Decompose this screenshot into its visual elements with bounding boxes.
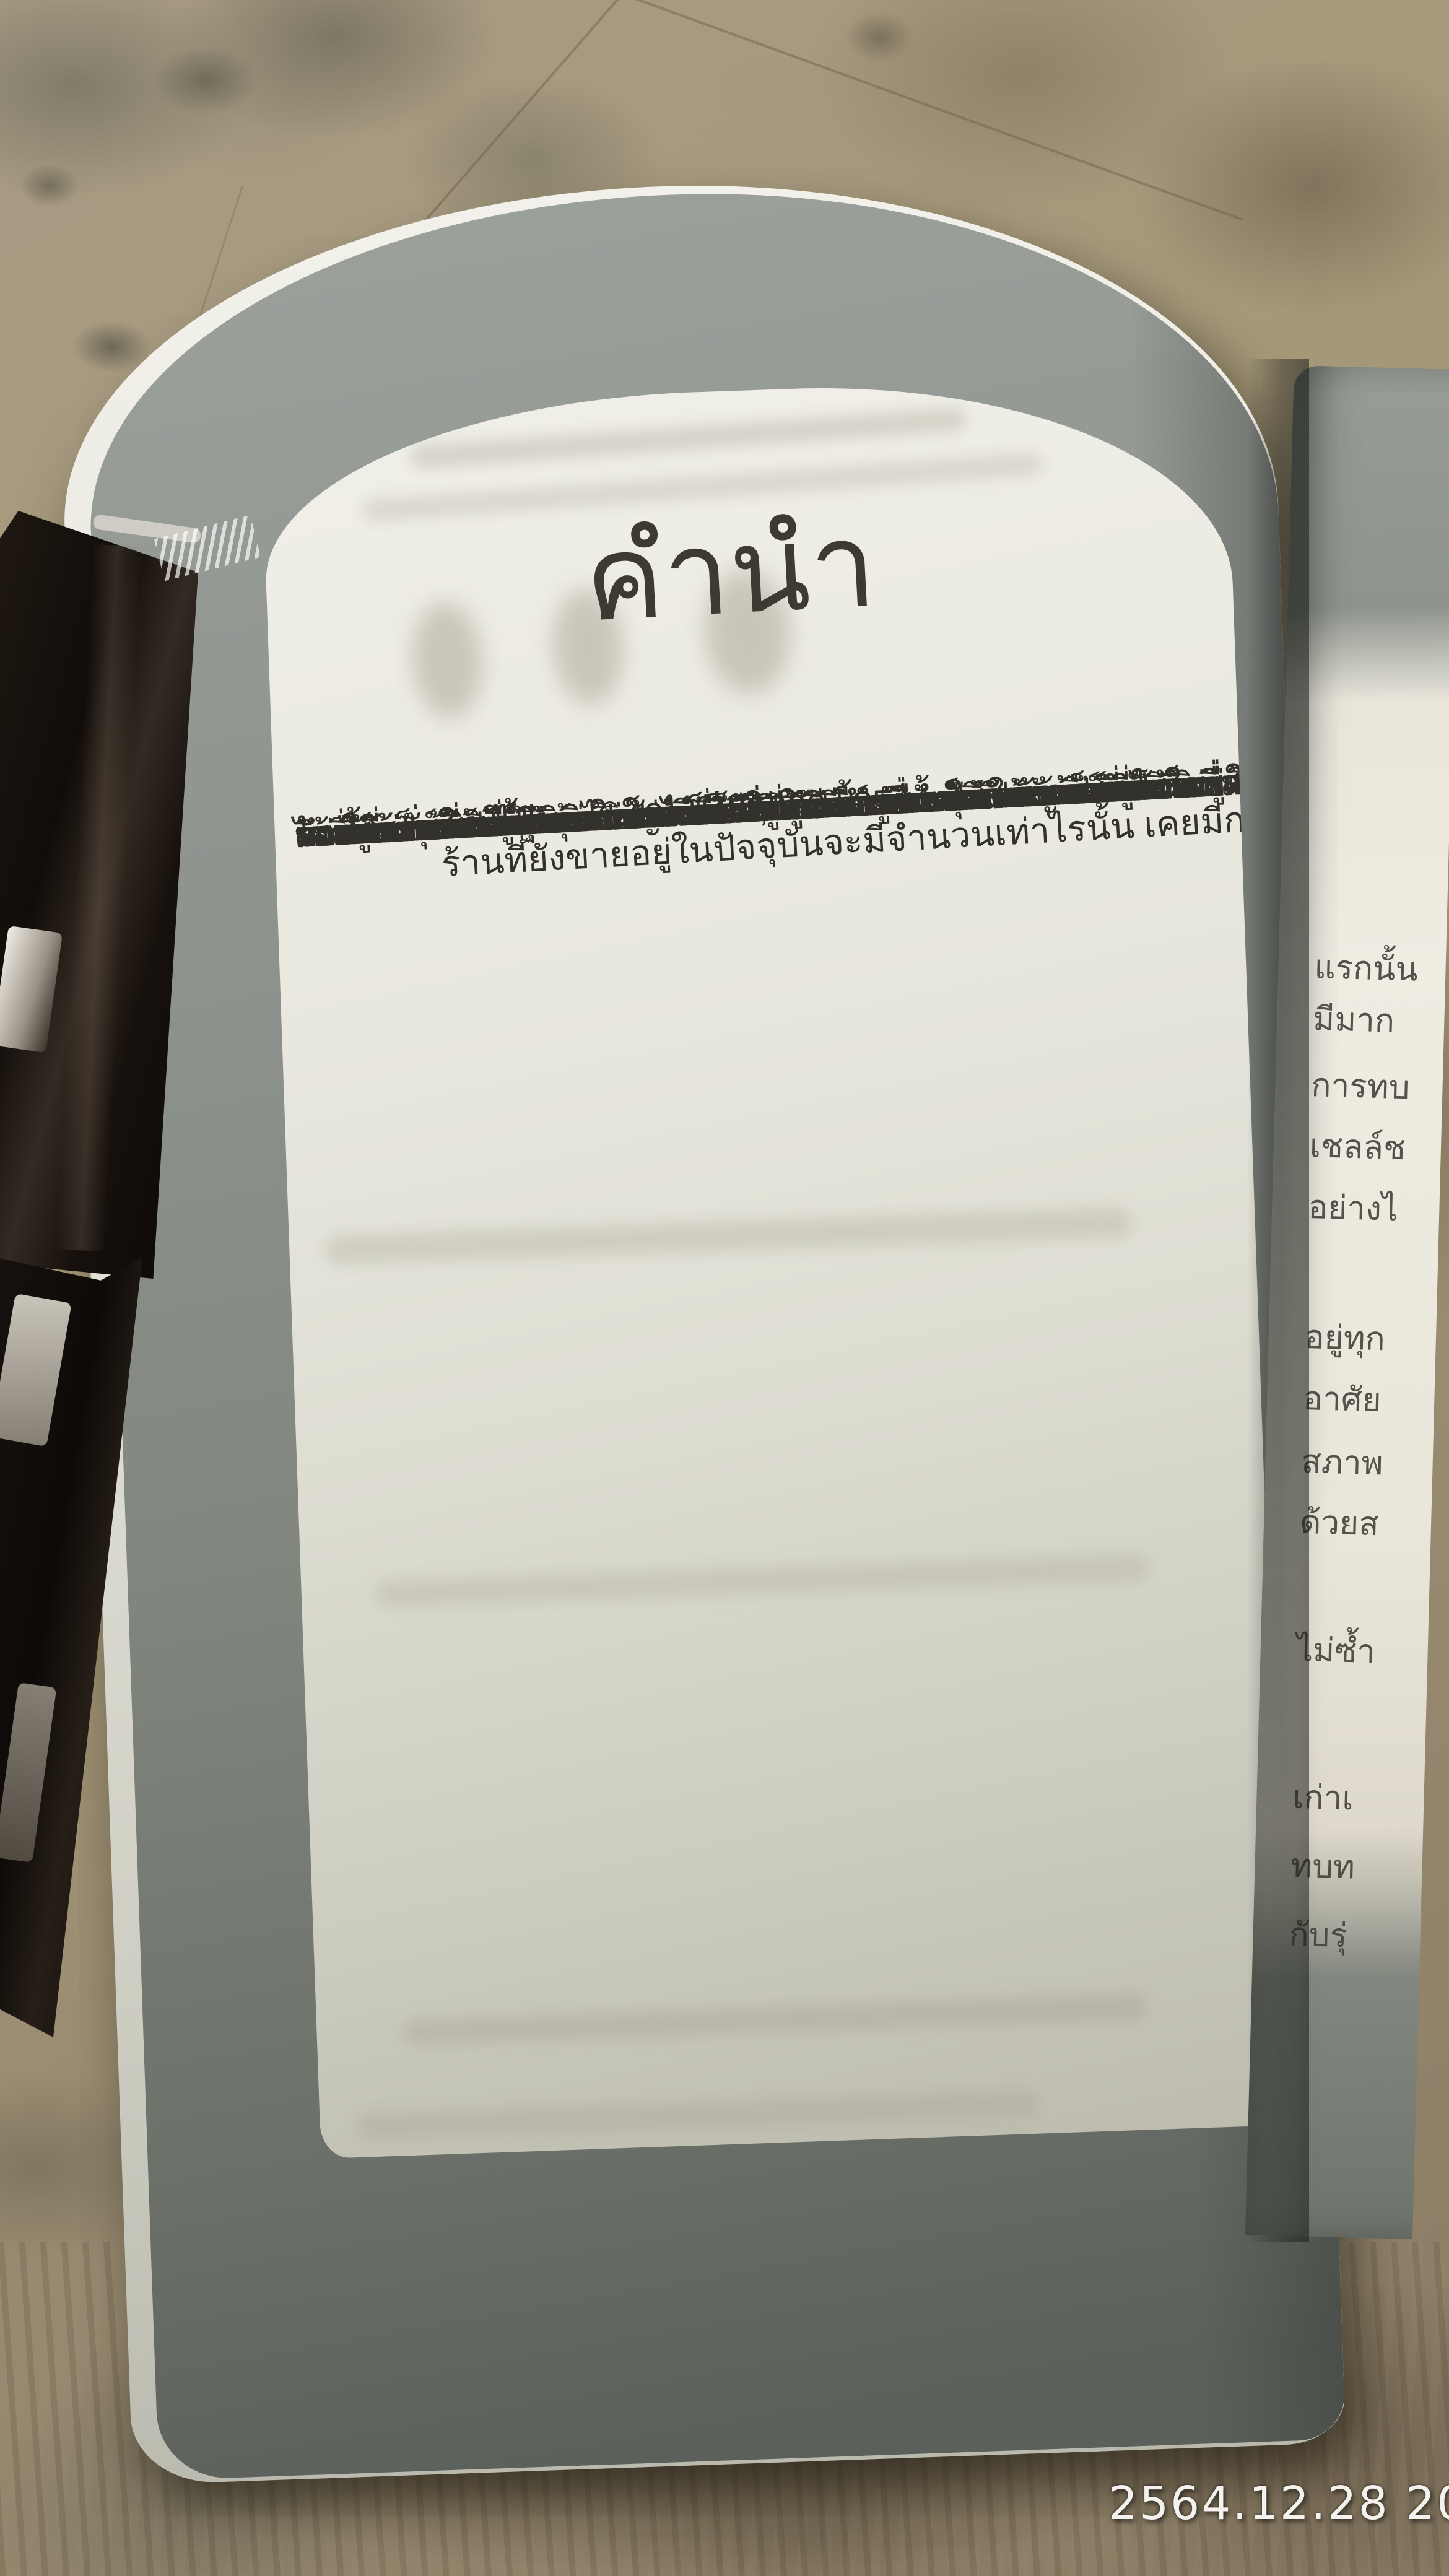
ghost-text-line — [403, 1994, 1147, 2046]
book-gutter-shadow — [1247, 359, 1309, 2242]
ghost-text-line — [357, 2091, 1038, 2140]
page-gray-margin: คำนำ เชลล์ชวนชิมครบ 40 ปีในปี 2544 แล้ว … — [80, 174, 1346, 2481]
right-page-text-fragment: สภาพ — [1301, 1435, 1384, 1489]
right-page-text-fragment: การทบ — [1310, 1059, 1410, 1113]
text-line: ถึงสามชั่วคน — [292, 792, 490, 868]
right-page-text-fragment: มีมาก — [1312, 993, 1395, 1046]
ghost-text-line — [410, 407, 967, 469]
body-text: เชลล์ชวนชิมครบ 40 ปีในปี 2544 แล้ว ถ้าเป… — [292, 751, 1220, 803]
right-page-text-fragment: ด้วยส — [1299, 1496, 1380, 1550]
right-page-text-fragment: เชลล์ช — [1309, 1120, 1406, 1174]
ghost-text-line — [375, 1554, 1150, 1608]
ghost-text-line — [326, 1207, 1132, 1265]
right-page-text-fragment: อย่างไ — [1307, 1181, 1398, 1235]
right-page-text-fragment: แรกนั้น — [1313, 941, 1418, 995]
right-page-text-fragment: อาศัย — [1302, 1372, 1382, 1426]
photo-scene: คำนำ เชลล์ชวนชิมครบ 40 ปีในปี 2544 แล้ว … — [0, 0, 1449, 2576]
book-left-page: คำนำ เชลล์ชวนชิมครบ 40 ปีในปี 2544 แล้ว … — [53, 165, 1346, 2485]
right-page-text-fragment: อยู่ทุก — [1304, 1311, 1386, 1365]
page-content-panel: คำนำ เชลล์ชวนชิมครบ 40 ปีในปี 2544 แล้ว … — [260, 373, 1287, 2159]
camera-timestamp: 2564.12.28 20:12 — [1108, 2477, 1449, 2530]
